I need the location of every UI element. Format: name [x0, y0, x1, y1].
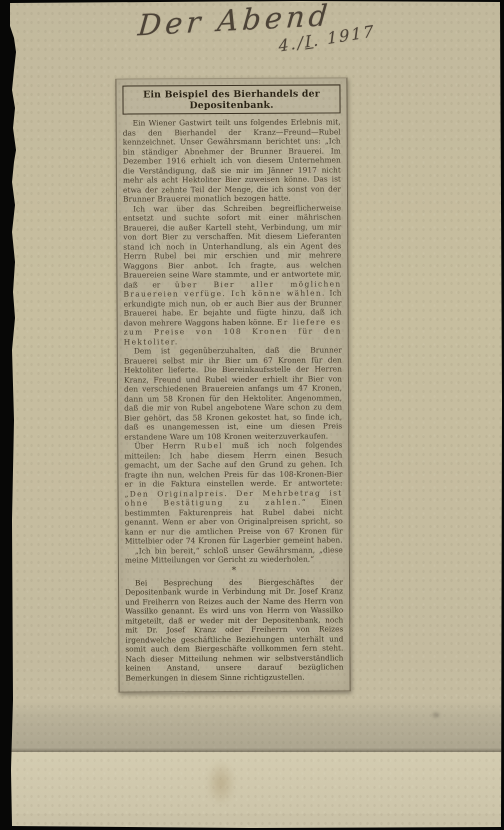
scan-page: { "handwriting": { "title": "Der Abend",…	[0, 0, 504, 830]
text-segment: Über Herrn	[134, 441, 194, 450]
card-stain	[206, 760, 236, 806]
newspaper-clipping: Ein Beispiel des Bierhandels der Deposit…	[115, 77, 350, 692]
emphasized-text-segment: Rubel	[194, 441, 223, 450]
card-speck	[431, 711, 441, 719]
text-segment: „Ich bin bereit,“ schloß unser Gewährsma…	[125, 545, 343, 565]
card-fold-highlight	[8, 752, 502, 814]
clipping-paragraph: „Ich bin bereit,“ schloß unser Gewährsma…	[125, 545, 343, 565]
section-separator-star: *	[125, 565, 343, 577]
editorial-note-paragraph: Bei Besprechung des Biergeschäftes der D…	[125, 577, 344, 683]
clipping-paragraphs: Ein Wiener Gastwirt teilt uns folgendes …	[123, 117, 343, 565]
clipping-paragraph: Ich war über das Schreiben begreiflicher…	[123, 203, 342, 347]
date-day: 4./	[278, 32, 305, 55]
clipping-headline: Ein Beispiel des Bierhandels der Deposit…	[122, 84, 340, 114]
clipping-paragraph: Über Herrn Rubel muß ich noch folgendes …	[124, 440, 343, 546]
card-fold-shadow	[8, 700, 502, 752]
text-segment: Ein Wiener Gastwirt teilt uns folgendes …	[123, 117, 341, 203]
clipping-paragraph: Ein Wiener Gastwirt teilt uns folgendes …	[123, 117, 341, 204]
clipping-paragraph: Dem ist gegenüberzuhalten, daß die Brunn…	[124, 345, 342, 441]
text-segment: Ich war über das Schreiben begreiflicher…	[123, 203, 341, 289]
text-segment: Dem ist gegenüberzuhalten, daß die Brunn…	[124, 345, 342, 441]
mounting-card: Der Abend 4./I. 1917 Ein Beispiel des Bi…	[0, 0, 504, 830]
